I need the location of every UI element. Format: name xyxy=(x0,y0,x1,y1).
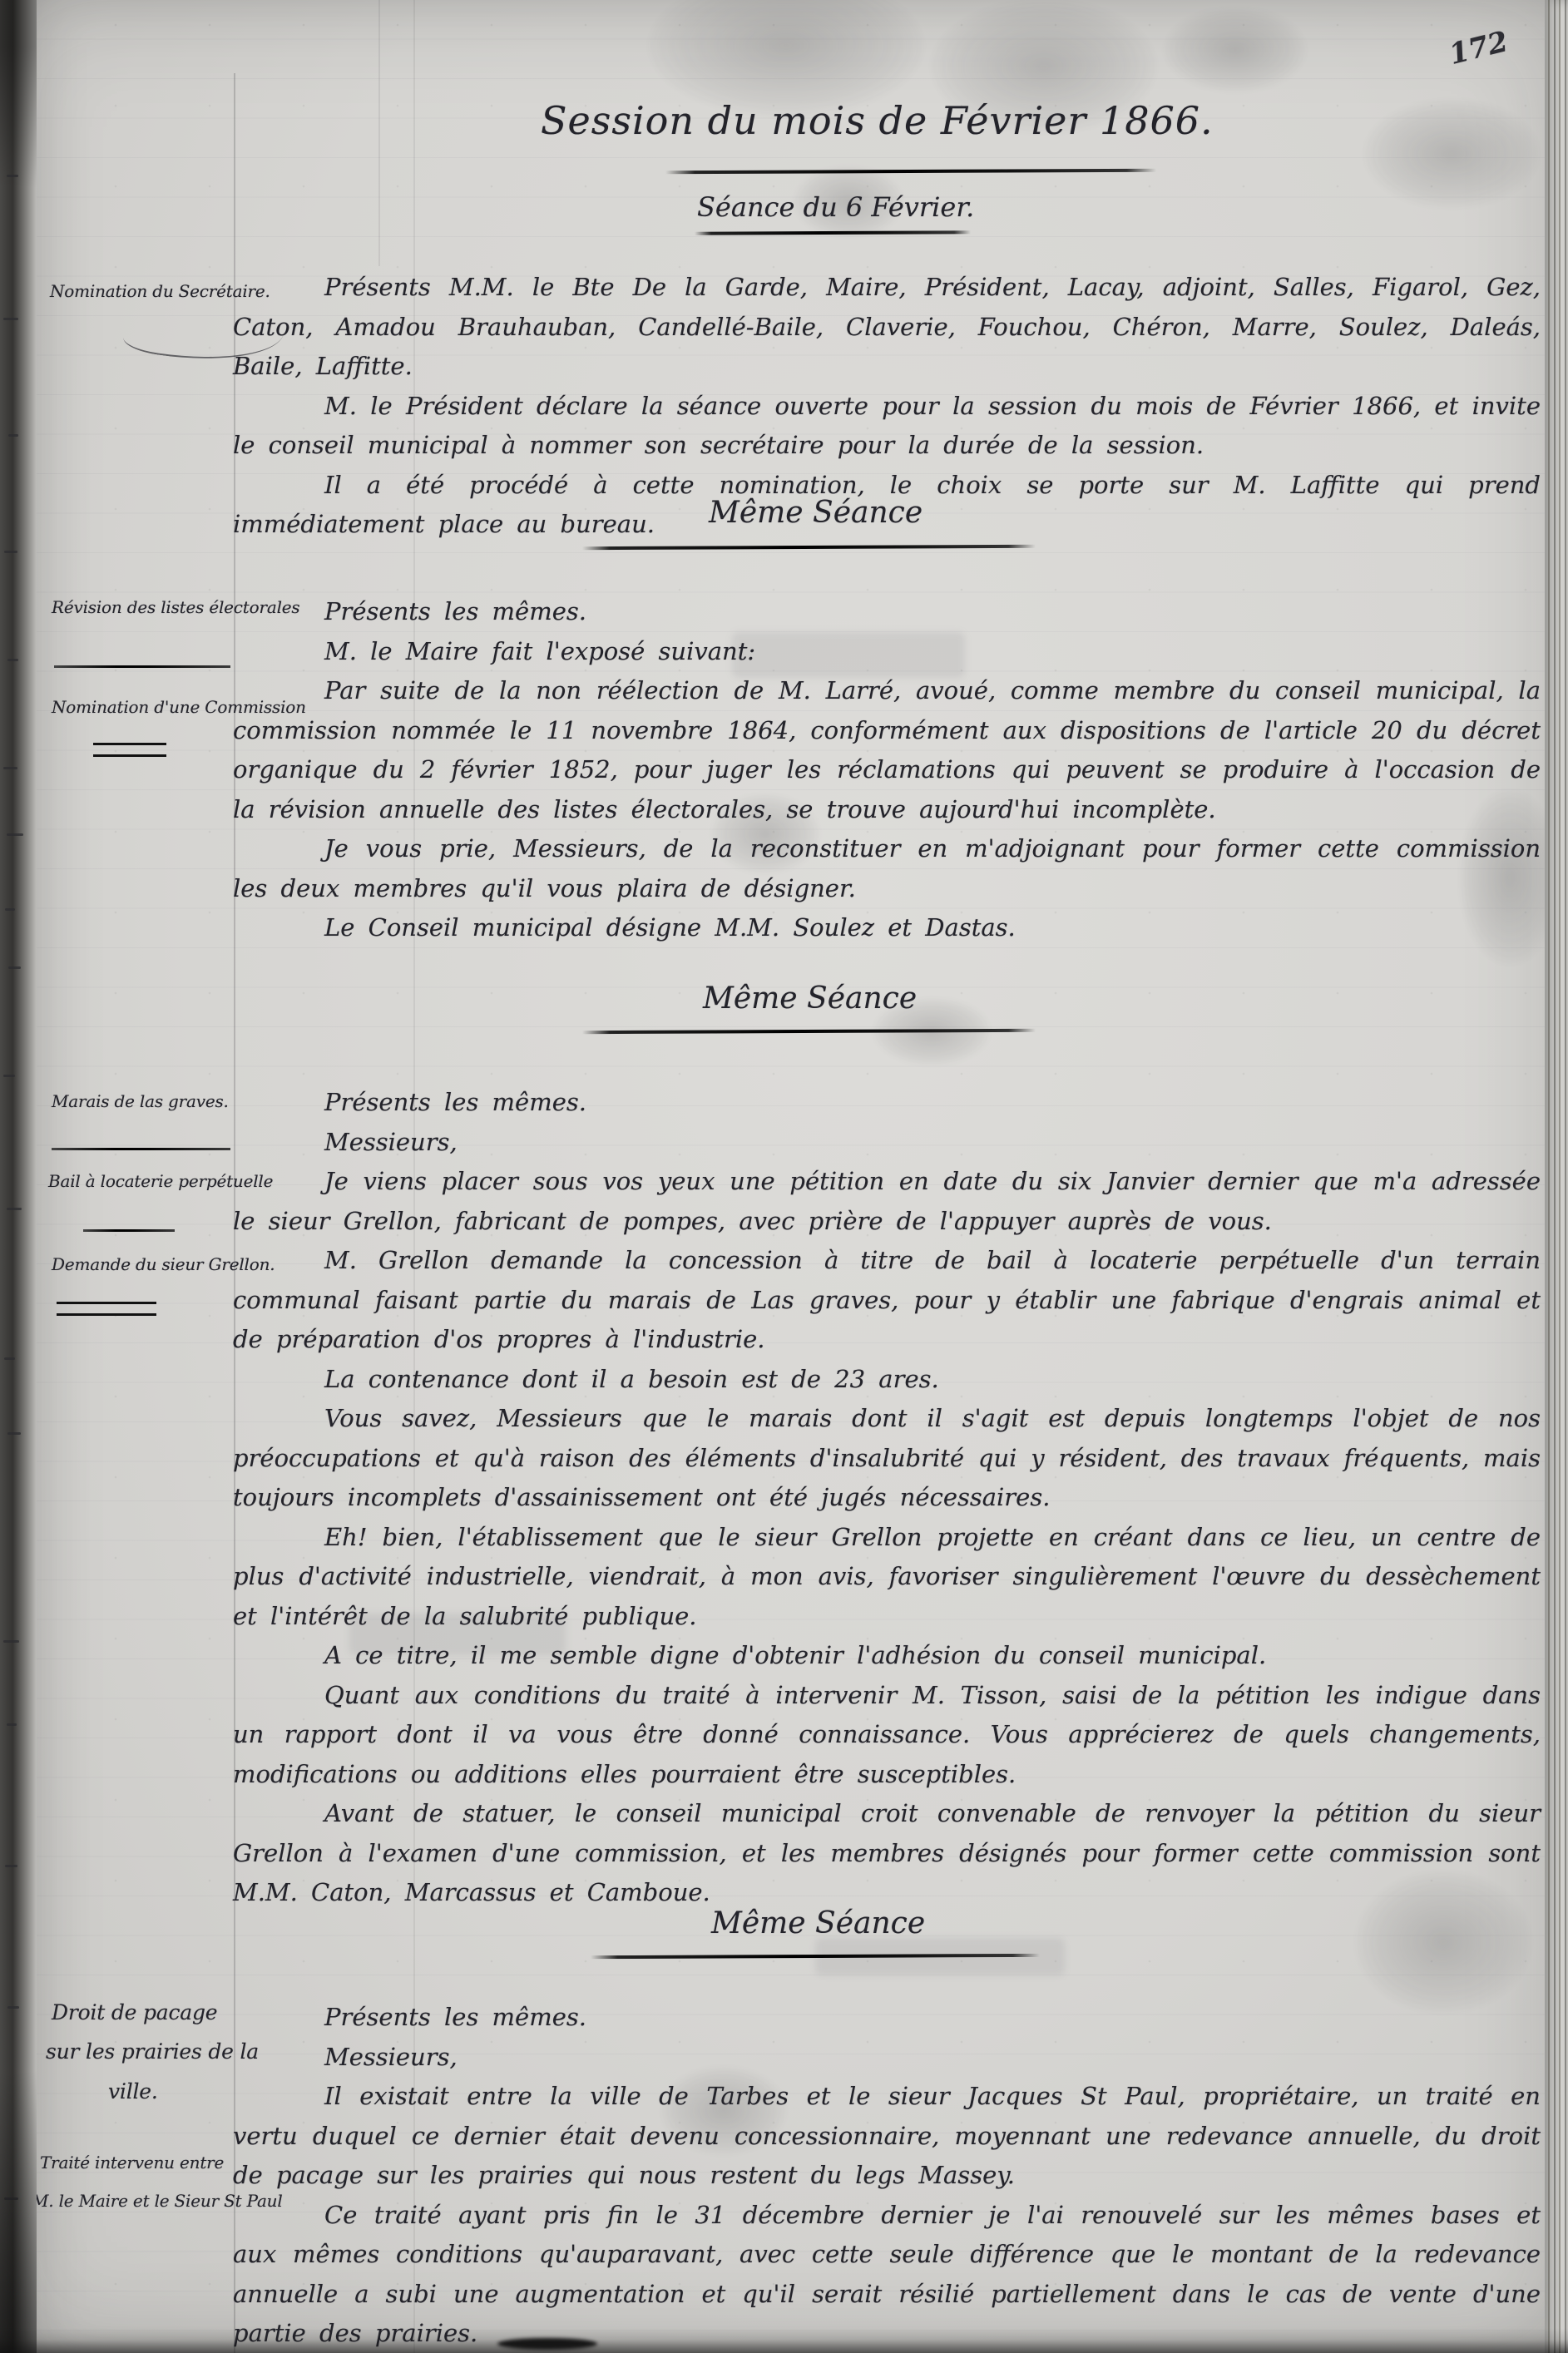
session-title: Session du mois de Février 1866. xyxy=(541,98,1214,143)
margin-note-droit-pacage-l1: Droit de pacage xyxy=(52,2000,217,2024)
margin-note-marais: Marais de las graves. xyxy=(52,1091,229,1111)
margin-underline xyxy=(83,1229,175,1232)
margin-double-underline xyxy=(57,1302,156,1316)
paragraph: A ce titre, il me semble digne d'obtenir… xyxy=(233,1636,1541,1676)
page-crease xyxy=(378,0,380,266)
margin-note-droit-pacage-l2: sur les prairies de la xyxy=(46,2039,259,2064)
margin-double-underline xyxy=(93,743,166,757)
margin-note-droit-pacage-l3: ville. xyxy=(108,2079,158,2103)
paragraph: Messieurs, xyxy=(233,1123,1541,1163)
paragraph: Avant de statuer, le conseil municipal c… xyxy=(233,1794,1541,1913)
page-edges xyxy=(1545,0,1568,2353)
paragraph: M. le Président déclare la séance ouvert… xyxy=(233,387,1541,466)
paragraph: Messieurs, xyxy=(233,2038,1541,2078)
heading-meme-seance-1: Même Séance xyxy=(709,496,922,530)
register-page-scan: 172 Session du mois de Février 1866. Séa… xyxy=(0,0,1568,2353)
heading-meme-seance-3: Même Séance xyxy=(711,1906,925,1940)
margin-underline xyxy=(52,1148,230,1150)
margin-underline xyxy=(54,665,230,668)
paragraph: Je vous prie, Messieurs, de la reconstit… xyxy=(233,829,1541,908)
paragraph: Présents M.M. le Bte De la Garde, Maire,… xyxy=(233,268,1541,387)
paragraph: Par suite de la non réélection de M. Lar… xyxy=(233,671,1541,829)
paragraph: Présents les mêmes. xyxy=(233,592,1541,632)
book-gutter xyxy=(0,0,37,2353)
paragraph: Le Conseil municipal désigne M.M. Soulez… xyxy=(233,908,1541,948)
margin-note-traite-l1: Traité intervenu entre xyxy=(40,2153,224,2173)
paragraph: Présents les mêmes. xyxy=(233,1083,1541,1123)
paragraph: Vous savez, Messieurs que le marais dont… xyxy=(233,1399,1541,1518)
section-body-marais: Présents les mêmes. Messieurs, Je viens … xyxy=(233,1083,1541,1913)
seance-heading: Séance du 6 Février. xyxy=(697,191,974,223)
paragraph: M. le Maire fait l'exposé suivant: xyxy=(233,632,1541,672)
paragraph: Eh! bien, l'établissement que le sieur G… xyxy=(233,1518,1541,1637)
paragraph: M. Grellon demande la concession à titre… xyxy=(233,1241,1541,1360)
paragraph: Quant aux conditions du traité à interve… xyxy=(233,1676,1541,1795)
bottom-edge-mark xyxy=(497,2338,597,2350)
bottom-edge-shadow xyxy=(0,2328,1568,2353)
heading-meme-seance-2: Même Séance xyxy=(703,981,917,1016)
section-body-droit-pacage: Présents les mêmes. Messieurs, Il exista… xyxy=(233,1998,1541,2353)
paragraph: La contenance dont il a besoin est de 23… xyxy=(233,1360,1541,1400)
paragraph: Il existait entre la ville de Tarbes et … xyxy=(233,2077,1541,2196)
section-body-revision-listes: Présents les mêmes. M. le Maire fait l'e… xyxy=(233,592,1541,948)
paragraph: Présents les mêmes. xyxy=(233,1998,1541,2038)
paragraph: Je viens placer sous vos yeux une pétiti… xyxy=(233,1162,1541,1241)
